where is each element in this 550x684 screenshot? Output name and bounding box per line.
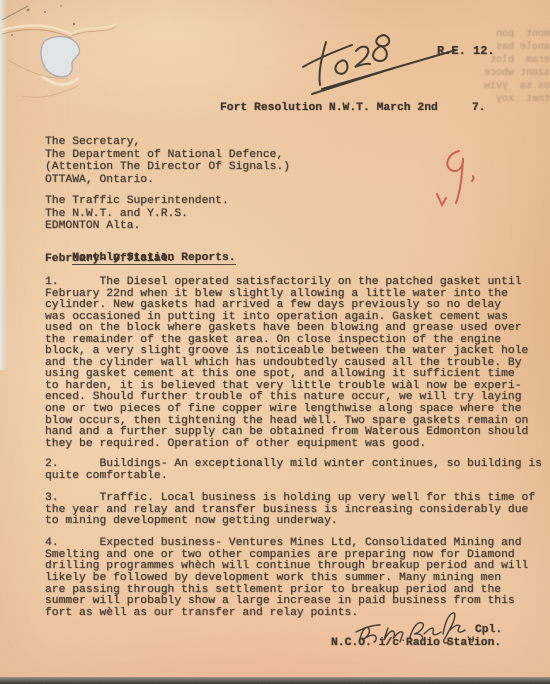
scanned-letter-page: mont ponanole baseram blotszont wboceos … [0, 0, 550, 684]
signature-title: N.C.O. i/c Radio Station. [331, 638, 501, 650]
signature-script [0, 0, 480, 650]
signature-rank: Cpl. [475, 625, 502, 637]
scan-edge-bottom [0, 677, 550, 684]
